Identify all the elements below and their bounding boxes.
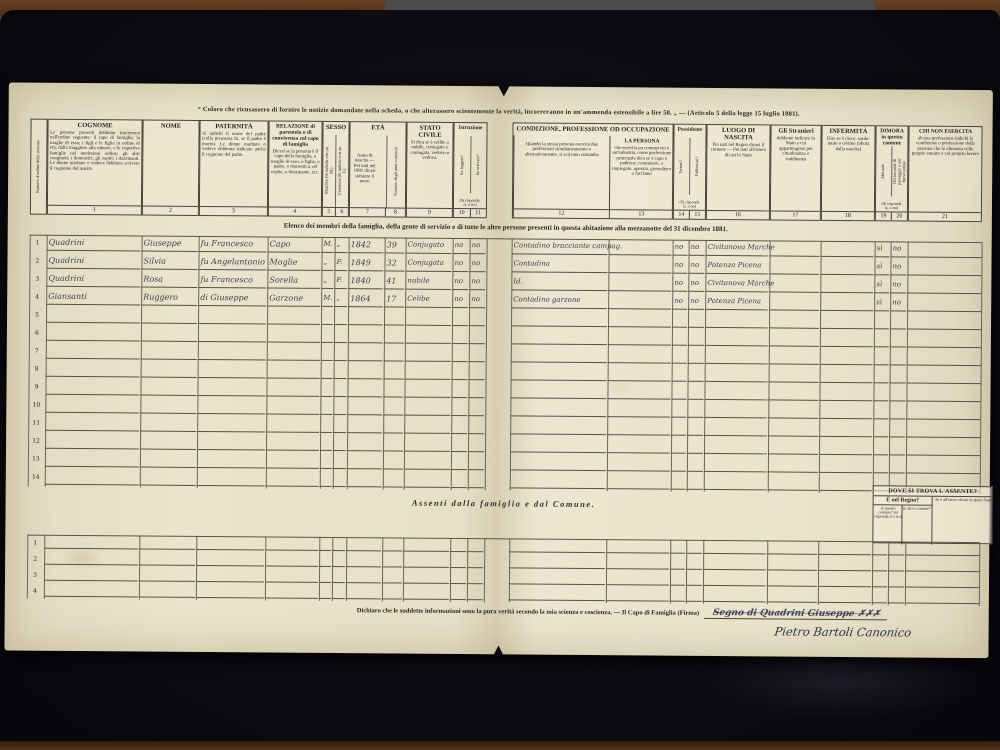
cell-cognome <box>44 551 138 566</box>
cell-paternita <box>196 536 264 551</box>
dove-altro-comune: in altro comune? <box>902 505 932 544</box>
cell-nome <box>140 398 196 414</box>
grid-rule <box>670 540 672 604</box>
cell-sa-scrivere <box>469 346 485 362</box>
cell-anni-compiuti <box>383 453 403 469</box>
cell-sesso-f: F. <box>334 255 347 271</box>
cell-sesso-f <box>332 585 345 599</box>
table-row: 3 Quadrini Rosa fu Francesco Sorella „ F… <box>29 271 981 296</box>
cell-fabbricati <box>687 384 703 400</box>
cell-cognome <box>45 415 139 432</box>
cell-condizione <box>510 436 606 453</box>
dove-questo-comune: in questo comune? (si risponda sì o no) <box>873 505 902 544</box>
cell-terreni <box>671 420 686 436</box>
cell-anni-compiuti: 41 <box>384 273 404 289</box>
cell-dimora-abituale: sì <box>874 259 889 275</box>
cell-anni-compiuti <box>382 569 402 583</box>
cell-infermita <box>820 367 873 383</box>
col-header-la-persona: LA PERSONA che esercita un commercio o u… <box>609 136 674 219</box>
cell-fabbricati <box>687 456 703 472</box>
cell-stato-civile <box>404 436 450 452</box>
cell-fabbricati: no <box>688 276 704 292</box>
cell-sesso-m <box>320 399 332 415</box>
cell-stato-civile: Celibe <box>405 292 451 308</box>
cell-dimora-occasionale <box>888 589 904 603</box>
grid-rule <box>346 537 348 601</box>
cell-sa-scrivere: no <box>469 274 485 290</box>
cell-paternita: di Giuseppe <box>198 290 266 307</box>
cell-sesso-m: „ <box>321 255 333 271</box>
cell-nome <box>140 469 196 485</box>
cell-infermita <box>820 349 873 365</box>
census-sheet-1881: “ Coloro che ricusassero di fornire le n… <box>4 82 992 658</box>
grid-rule <box>266 236 269 488</box>
grid-rule <box>467 538 469 602</box>
cell-luogo-nascita <box>704 456 767 472</box>
grid-rule <box>509 538 511 602</box>
cell-dimora-occasionale <box>889 385 905 401</box>
col-header-eta: ETÀ Anno di nascita — Pei nati nel 1881 … <box>349 121 407 217</box>
center-fold-notch-top <box>498 85 510 96</box>
grid-rule <box>484 538 486 602</box>
cell-sa-leggere <box>451 454 467 470</box>
grid-rule <box>485 238 488 490</box>
cell-infermita <box>818 541 871 555</box>
cell-condizione <box>509 570 605 585</box>
cell-numero: 1 <box>30 235 46 251</box>
cell-paternita <box>196 568 264 583</box>
cell-fabbricati <box>686 540 702 554</box>
cell-relazione <box>265 536 318 550</box>
cell-anno-nascita <box>347 471 382 487</box>
cell-stranieri <box>767 556 817 570</box>
cell-anni-compiuti <box>382 585 402 599</box>
grid-rule <box>451 238 454 490</box>
cell-stato-civile <box>403 570 449 584</box>
cell-luogo-nascita <box>705 348 768 364</box>
declaration-text: Dichiaro che le suddette informazioni so… <box>357 607 699 617</box>
cell-dimora-abituale <box>874 367 889 383</box>
cell-luogo-nascita <box>703 572 766 586</box>
cell-la-persona <box>607 473 670 489</box>
cell-stranieri <box>768 402 818 418</box>
cell-sesso-f <box>332 553 345 567</box>
cell-relazione <box>267 326 320 342</box>
cell-anni-compiuti <box>384 363 404 379</box>
cell-anno-nascita <box>346 569 381 583</box>
cell-anno-nascita <box>347 399 382 415</box>
table-row: 7 <box>29 343 981 368</box>
cell-infermita <box>820 295 873 311</box>
cell-fabbricati <box>686 556 702 570</box>
legal-warning-note: “ Coloro che ricusassero di fornire le n… <box>99 105 899 118</box>
cell-condizione <box>511 328 607 345</box>
cell-anni-compiuti <box>383 471 403 487</box>
cell-la-persona <box>607 401 670 417</box>
table-row: 4 Giansanti Ruggero di Giuseppe Garzone … <box>29 289 981 314</box>
cell-infermita <box>818 557 871 571</box>
cell-condizione <box>509 586 605 601</box>
cell-nome <box>141 362 197 378</box>
grid-rule <box>319 537 321 601</box>
cell-numero: 10 <box>28 397 44 413</box>
cell-stranieri <box>769 330 819 346</box>
cell-anno-nascita: 1849 <box>348 255 383 271</box>
col-header-luogo-nascita: LUOGO DI NASCITA Pei nati nel Regno dica… <box>706 124 771 220</box>
cell-nome <box>141 326 197 342</box>
cell-sesso-f <box>334 345 347 361</box>
cell-stranieri <box>769 366 819 382</box>
cell-luogo-nascita <box>705 312 768 328</box>
cell-dimora-occasionale <box>889 439 905 455</box>
cell-cognome <box>46 343 140 360</box>
col-header-condizione-group: CONDIZIONE, PROFESSIONE OD OCCUPAZIONE Q… <box>512 122 674 219</box>
grid-top-rule <box>27 535 979 543</box>
cell-terreni <box>672 366 687 382</box>
col-header-infermita: INFERMITÀ Dire se è cieco, sordo-muto o … <box>821 125 876 221</box>
cell-stranieri <box>769 312 819 328</box>
cell-sa-scrivere <box>468 400 484 416</box>
cell-infermita <box>818 573 871 587</box>
cell-la-persona <box>607 383 670 399</box>
cell-la-persona <box>609 239 672 255</box>
cell-la-persona <box>608 293 671 309</box>
cell-paternita <box>197 398 265 415</box>
cell-paternita <box>197 470 265 487</box>
cell-cognome <box>45 397 139 414</box>
cell-luogo-nascita <box>703 588 766 602</box>
cell-nome: Giuseppe <box>142 236 198 252</box>
cell-infermita <box>819 421 872 437</box>
cell-nome <box>141 308 197 324</box>
cell-la-persona <box>608 329 671 345</box>
cell-infermita <box>821 241 874 257</box>
cell-condizione: Contadino garzone <box>511 292 607 309</box>
cell-dimora-abituale <box>873 403 888 419</box>
cell-terreni <box>670 556 685 570</box>
cell-relazione <box>266 452 319 468</box>
col-header-chi-non-esercita: CHI NON ESERCITA alcuna professione indi… <box>908 126 983 223</box>
table-row: 4 <box>27 583 979 606</box>
cell-dimora-occasionale <box>889 403 905 419</box>
cell-stranieri <box>769 276 819 292</box>
cell-sesso-m <box>320 471 332 487</box>
cell-chi-non-esercita <box>906 386 980 403</box>
cell-sesso-f: F. <box>334 273 347 289</box>
cell-la-persona <box>607 455 670 471</box>
cell-dimora-occasionale <box>889 421 905 437</box>
cell-numero: 12 <box>28 433 44 449</box>
cell-luogo-nascita <box>704 438 767 454</box>
cell-relazione <box>267 308 320 324</box>
cell-la-persona <box>606 587 669 601</box>
grid-rule <box>44 535 46 599</box>
cell-nome <box>140 451 196 467</box>
cell-sesso-f <box>332 569 345 583</box>
cell-anno-nascita <box>347 453 382 469</box>
grid-rule <box>333 237 336 489</box>
cell-sa-scrivere <box>467 538 483 552</box>
cell-anno-nascita <box>347 417 382 433</box>
cell-nome <box>140 433 196 449</box>
cell-sesso-f <box>333 399 346 415</box>
declaration-line: Dichiaro che le suddette informazioni so… <box>357 605 987 621</box>
cell-stato-civile: nubile <box>405 274 451 290</box>
cell-fabbricati <box>688 348 704 364</box>
cell-sa-scrivere <box>469 364 485 380</box>
cell-relazione <box>266 380 319 396</box>
cell-dimora-occasionale <box>889 457 905 473</box>
cell-fabbricati <box>687 438 703 454</box>
cell-cognome <box>46 325 140 342</box>
cell-sa-leggere <box>451 400 467 416</box>
cell-stranieri <box>768 384 818 400</box>
table-row: 5 <box>29 307 981 332</box>
grid-rule <box>873 241 876 493</box>
dove-si-trova-box: DOVE SI TROVA L'ASSENTE? È nel Regno? in… <box>872 485 992 544</box>
cell-fabbricati <box>687 402 703 418</box>
cell-cognome <box>45 469 139 486</box>
cell-stato-civile <box>404 418 450 434</box>
cell-infermita <box>820 277 873 293</box>
cell-sesso-f: „ <box>334 291 347 307</box>
cell-fabbricati <box>688 312 704 328</box>
grid-rule <box>767 540 769 604</box>
cell-chi-non-esercita <box>908 242 982 259</box>
age-stain <box>143 284 177 306</box>
cell-sa-leggere <box>450 586 466 600</box>
cell-anni-compiuti: 39 <box>385 237 405 253</box>
cell-condizione <box>510 472 606 489</box>
cell-relazione <box>265 584 318 598</box>
cell-numero: 4 <box>27 583 43 597</box>
cell-dimora-occasionale: no <box>890 259 906 275</box>
cell-nome <box>139 535 195 549</box>
cell-relazione: Capo <box>268 236 321 252</box>
cell-terreni <box>671 402 686 418</box>
cell-stato-civile <box>403 538 449 552</box>
cell-sa-leggere <box>451 436 467 452</box>
cell-anni-compiuti <box>383 381 403 397</box>
cell-anno-nascita: 1864 <box>348 291 383 307</box>
cell-sesso-f <box>332 537 345 551</box>
col-header-paternita: PATERNITÀ Si indichi il nome del padre (… <box>199 120 269 217</box>
cell-sesso-m <box>319 569 331 583</box>
grid-rule <box>818 541 820 605</box>
grid-rule <box>980 242 983 494</box>
witness-signature: Pietro Bartoli Canonico <box>774 624 913 639</box>
cell-sesso-m <box>319 585 331 599</box>
cell-sesso-f <box>333 381 346 397</box>
grid-rule <box>403 538 405 602</box>
cell-sa-scrivere <box>468 418 484 434</box>
cell-sa-leggere <box>450 570 466 584</box>
cell-paternita <box>197 416 265 433</box>
head-of-family-signature: Segno di Quadrini Giuseppe ✗✗✗ <box>704 608 889 620</box>
cell-paternita <box>197 452 265 469</box>
cell-sa-leggere <box>452 328 468 344</box>
cell-anni-compiuti: 32 <box>384 255 404 271</box>
cell-dimora-abituale <box>872 557 887 571</box>
cell-nome: Silvia <box>141 254 197 270</box>
col-header-cognome: COGNOME Le persone presenti debbono insc… <box>47 119 143 216</box>
col-header-stato-civile: STATO CIVILE Si dica se è celibe o nubil… <box>406 122 454 218</box>
cell-sa-leggere <box>452 364 468 380</box>
cell-paternita <box>198 362 266 379</box>
cell-chi-non-esercita <box>906 422 980 439</box>
cell-dimora-occasionale: no <box>890 277 906 293</box>
cell-infermita <box>820 331 873 347</box>
cell-terreni <box>672 330 687 346</box>
grid-rule <box>819 241 822 493</box>
grid-rule <box>768 240 771 492</box>
cell-dimora-abituale <box>872 589 887 603</box>
elenco-caption: Elenco dei membri della famiglia, della … <box>30 220 982 235</box>
cell-numero: 4 <box>29 289 45 305</box>
cell-infermita <box>819 457 872 473</box>
grid-rule <box>889 241 892 493</box>
cell-sesso-f <box>333 417 346 433</box>
cell-stranieri <box>768 420 818 436</box>
table-row: 6 <box>29 325 981 350</box>
cell-infermita <box>818 589 871 603</box>
cell-nome <box>139 583 195 597</box>
cell-cognome <box>46 361 140 378</box>
cell-numero: 7 <box>29 343 45 359</box>
cell-luogo-nascita: Civitanova Marche <box>706 240 769 256</box>
cell-condizione: Id. <box>511 274 607 291</box>
cell-stato-civile <box>403 586 449 600</box>
cell-stranieri <box>768 474 818 490</box>
cell-fabbricati: no <box>688 258 704 274</box>
cell-sa-scrivere <box>468 382 484 398</box>
cell-sesso-m <box>321 345 333 361</box>
cell-relazione <box>266 416 319 432</box>
cell-paternita <box>198 308 266 325</box>
cell-numero: 9 <box>28 379 44 395</box>
cell-condizione <box>509 538 605 553</box>
cell-fabbricati <box>686 588 702 602</box>
table-row: 11 <box>28 415 980 440</box>
cell-dimora-abituale <box>874 331 889 347</box>
col-header-dimora: DIMORA in questo comune Abituale Occasio… <box>875 125 909 221</box>
cell-sesso-m: M. <box>322 237 334 253</box>
cell-relazione <box>267 344 320 360</box>
cell-dimora-occasionale: no <box>891 241 907 257</box>
cell-nome <box>139 551 195 565</box>
grid-rule <box>905 542 907 606</box>
cell-paternita: fu Francesco <box>199 236 267 253</box>
cell-condizione: Contadina <box>511 256 607 273</box>
table-row: 1 <box>27 535 979 558</box>
cell-paternita <box>196 584 264 599</box>
cell-anno-nascita <box>347 381 382 397</box>
cell-anno-nascita <box>346 585 381 599</box>
cell-sesso-f <box>333 453 346 469</box>
cell-cognome: Quadrini <box>46 271 140 288</box>
cell-stranieri <box>767 540 817 554</box>
cell-sa-scrivere <box>468 472 484 488</box>
cell-numero: 2 <box>29 253 45 269</box>
table-row: 8 <box>29 361 981 386</box>
cell-paternita <box>197 380 265 397</box>
cell-luogo-nascita: Civitanova Marche <box>705 276 768 292</box>
cell-stato-civile <box>403 554 449 568</box>
cell-terreni: no <box>672 276 687 292</box>
cell-dimora-occasionale <box>888 557 904 571</box>
cell-numero: 3 <box>29 271 45 287</box>
cell-anno-nascita <box>348 363 383 379</box>
cell-dimora-occasionale <box>890 313 906 329</box>
cell-fabbricati <box>687 420 703 436</box>
cell-stranieri <box>769 294 819 310</box>
grid-rule <box>468 238 471 490</box>
cell-luogo-nascita <box>704 402 767 418</box>
cell-sa-leggere <box>452 346 468 362</box>
cell-chi-non-esercita <box>906 458 980 475</box>
cell-stato-civile <box>405 364 451 380</box>
cell-anni-compiuti <box>384 345 404 361</box>
cell-anni-compiuti <box>384 327 404 343</box>
col-header-possidente: Possidente Terreni? Fabbricati? (Si risp… <box>673 124 707 220</box>
cell-chi-non-esercita <box>907 350 981 367</box>
cell-luogo-nascita <box>704 384 767 400</box>
cell-stranieri <box>767 588 817 602</box>
cell-dimora-abituale <box>874 349 889 365</box>
cell-numero: 2 <box>27 551 43 565</box>
table-row: 2 Quadrini Silvia fu Angelantonio Moglie… <box>29 253 981 278</box>
cell-sesso-f <box>333 435 346 451</box>
cell-anni-compiuti <box>383 399 403 415</box>
center-fold-notch-bottom <box>493 645 503 655</box>
grid-rule <box>687 240 690 492</box>
cell-sesso-m <box>321 309 333 325</box>
cell-infermita <box>820 313 873 329</box>
grid-rule <box>607 239 610 491</box>
grid-rule <box>140 236 143 488</box>
cell-fabbricati <box>688 330 704 346</box>
cell-sa-leggere <box>450 538 466 552</box>
cell-sa-scrivere: no <box>470 238 486 254</box>
cell-dimora-abituale <box>873 385 888 401</box>
cell-la-persona <box>608 257 671 273</box>
grid-rule <box>404 238 407 490</box>
cell-la-persona <box>608 275 671 291</box>
cell-nome: Rosa <box>141 272 197 288</box>
col-header-relazione: RELAZIONE di parentela o di convivenza c… <box>268 120 323 216</box>
cell-dimora-occasionale <box>890 349 906 365</box>
cell-cognome: Giansanti <box>46 289 140 306</box>
cell-luogo-nascita <box>704 420 767 436</box>
cell-luogo-nascita <box>705 366 768 382</box>
cell-dimora-abituale <box>872 573 887 587</box>
cell-sesso-m <box>319 537 331 551</box>
cell-sa-leggere <box>450 554 466 568</box>
cell-stato-civile <box>404 454 450 470</box>
cell-condizione <box>510 400 606 417</box>
cell-sa-scrivere: no <box>469 256 485 272</box>
cell-anni-compiuti <box>384 309 404 325</box>
cell-terreni <box>672 348 687 364</box>
cell-sesso-m <box>320 417 332 433</box>
cell-paternita: fu Francesco <box>198 272 266 289</box>
cell-cognome <box>45 379 139 396</box>
col-header-condizione: Quando la stessa persona esercita due pr… <box>513 135 610 218</box>
cell-la-persona <box>608 365 671 381</box>
cell-sa-scrivere <box>467 554 483 568</box>
cell-anno-nascita <box>346 553 381 567</box>
cell-anni-compiuti <box>383 435 403 451</box>
